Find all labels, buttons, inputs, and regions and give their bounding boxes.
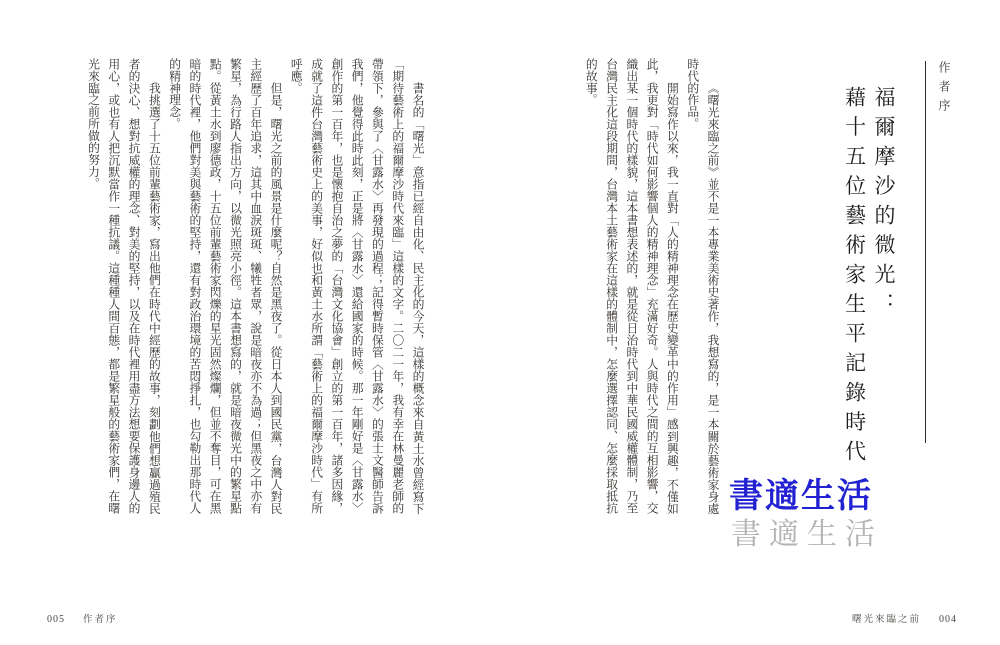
right-page-footer: 曙光來臨之前 004: [852, 611, 957, 625]
right-page-body: 《曙光來臨之前》並不是一本專業美術史著作，我想寫的，是一本關於藝術家身處時代的作…: [581, 58, 723, 514]
footer-book-title: 曙光來臨之前: [852, 611, 921, 625]
footer-page-number-left: 005: [47, 614, 65, 625]
left-page-footer: 005 作者序: [47, 611, 118, 625]
chapter-title: 福爾摩沙的微光： 藉十五位藝術家生平記錄時代: [839, 86, 898, 470]
paragraph: 書名的「曙光」意指已經自由化、民主化的今天，這樣的概念來自黃土水曾經寫下「期待藝…: [286, 58, 428, 514]
chapter-title-line-2: 藉十五位藝術家生平記錄時代: [839, 86, 868, 470]
chapter-title-line-1: 福爾摩沙的微光：: [869, 86, 898, 470]
watermark-primary: 書適生活: [729, 478, 873, 515]
footer-page-number-right: 004: [939, 614, 957, 625]
left-page-body: 書名的「曙光」意指已經自由化、民主化的今天，這樣的概念來自黃土水曾經寫下「期待藝…: [83, 58, 428, 514]
section-rule-divider: [925, 61, 926, 443]
paragraph: 但是，曙光之前的風景是什麼呢？自然是黑夜了。從日本人到國民黨，台灣人對民主經歷了…: [164, 58, 286, 514]
paragraph: 開始寫作以來，我一直對「人的精神理念在歷史變革中的作用」感到興趣，不僅如此，我更…: [581, 58, 682, 514]
paragraph: 我挑選了十五位前輩藝術家，寫出他們在時代中經歷的故事，刻劃他們想贏過殖民者的決心…: [83, 58, 164, 514]
watermark-secondary: 書適生活: [731, 518, 883, 551]
footer-section-label: 作者序: [83, 611, 118, 625]
section-label: 作者序: [936, 61, 953, 118]
paragraph: 《曙光來臨之前》並不是一本專業美術史著作，我想寫的，是一本關於藝術家身處時代的作…: [682, 58, 723, 514]
